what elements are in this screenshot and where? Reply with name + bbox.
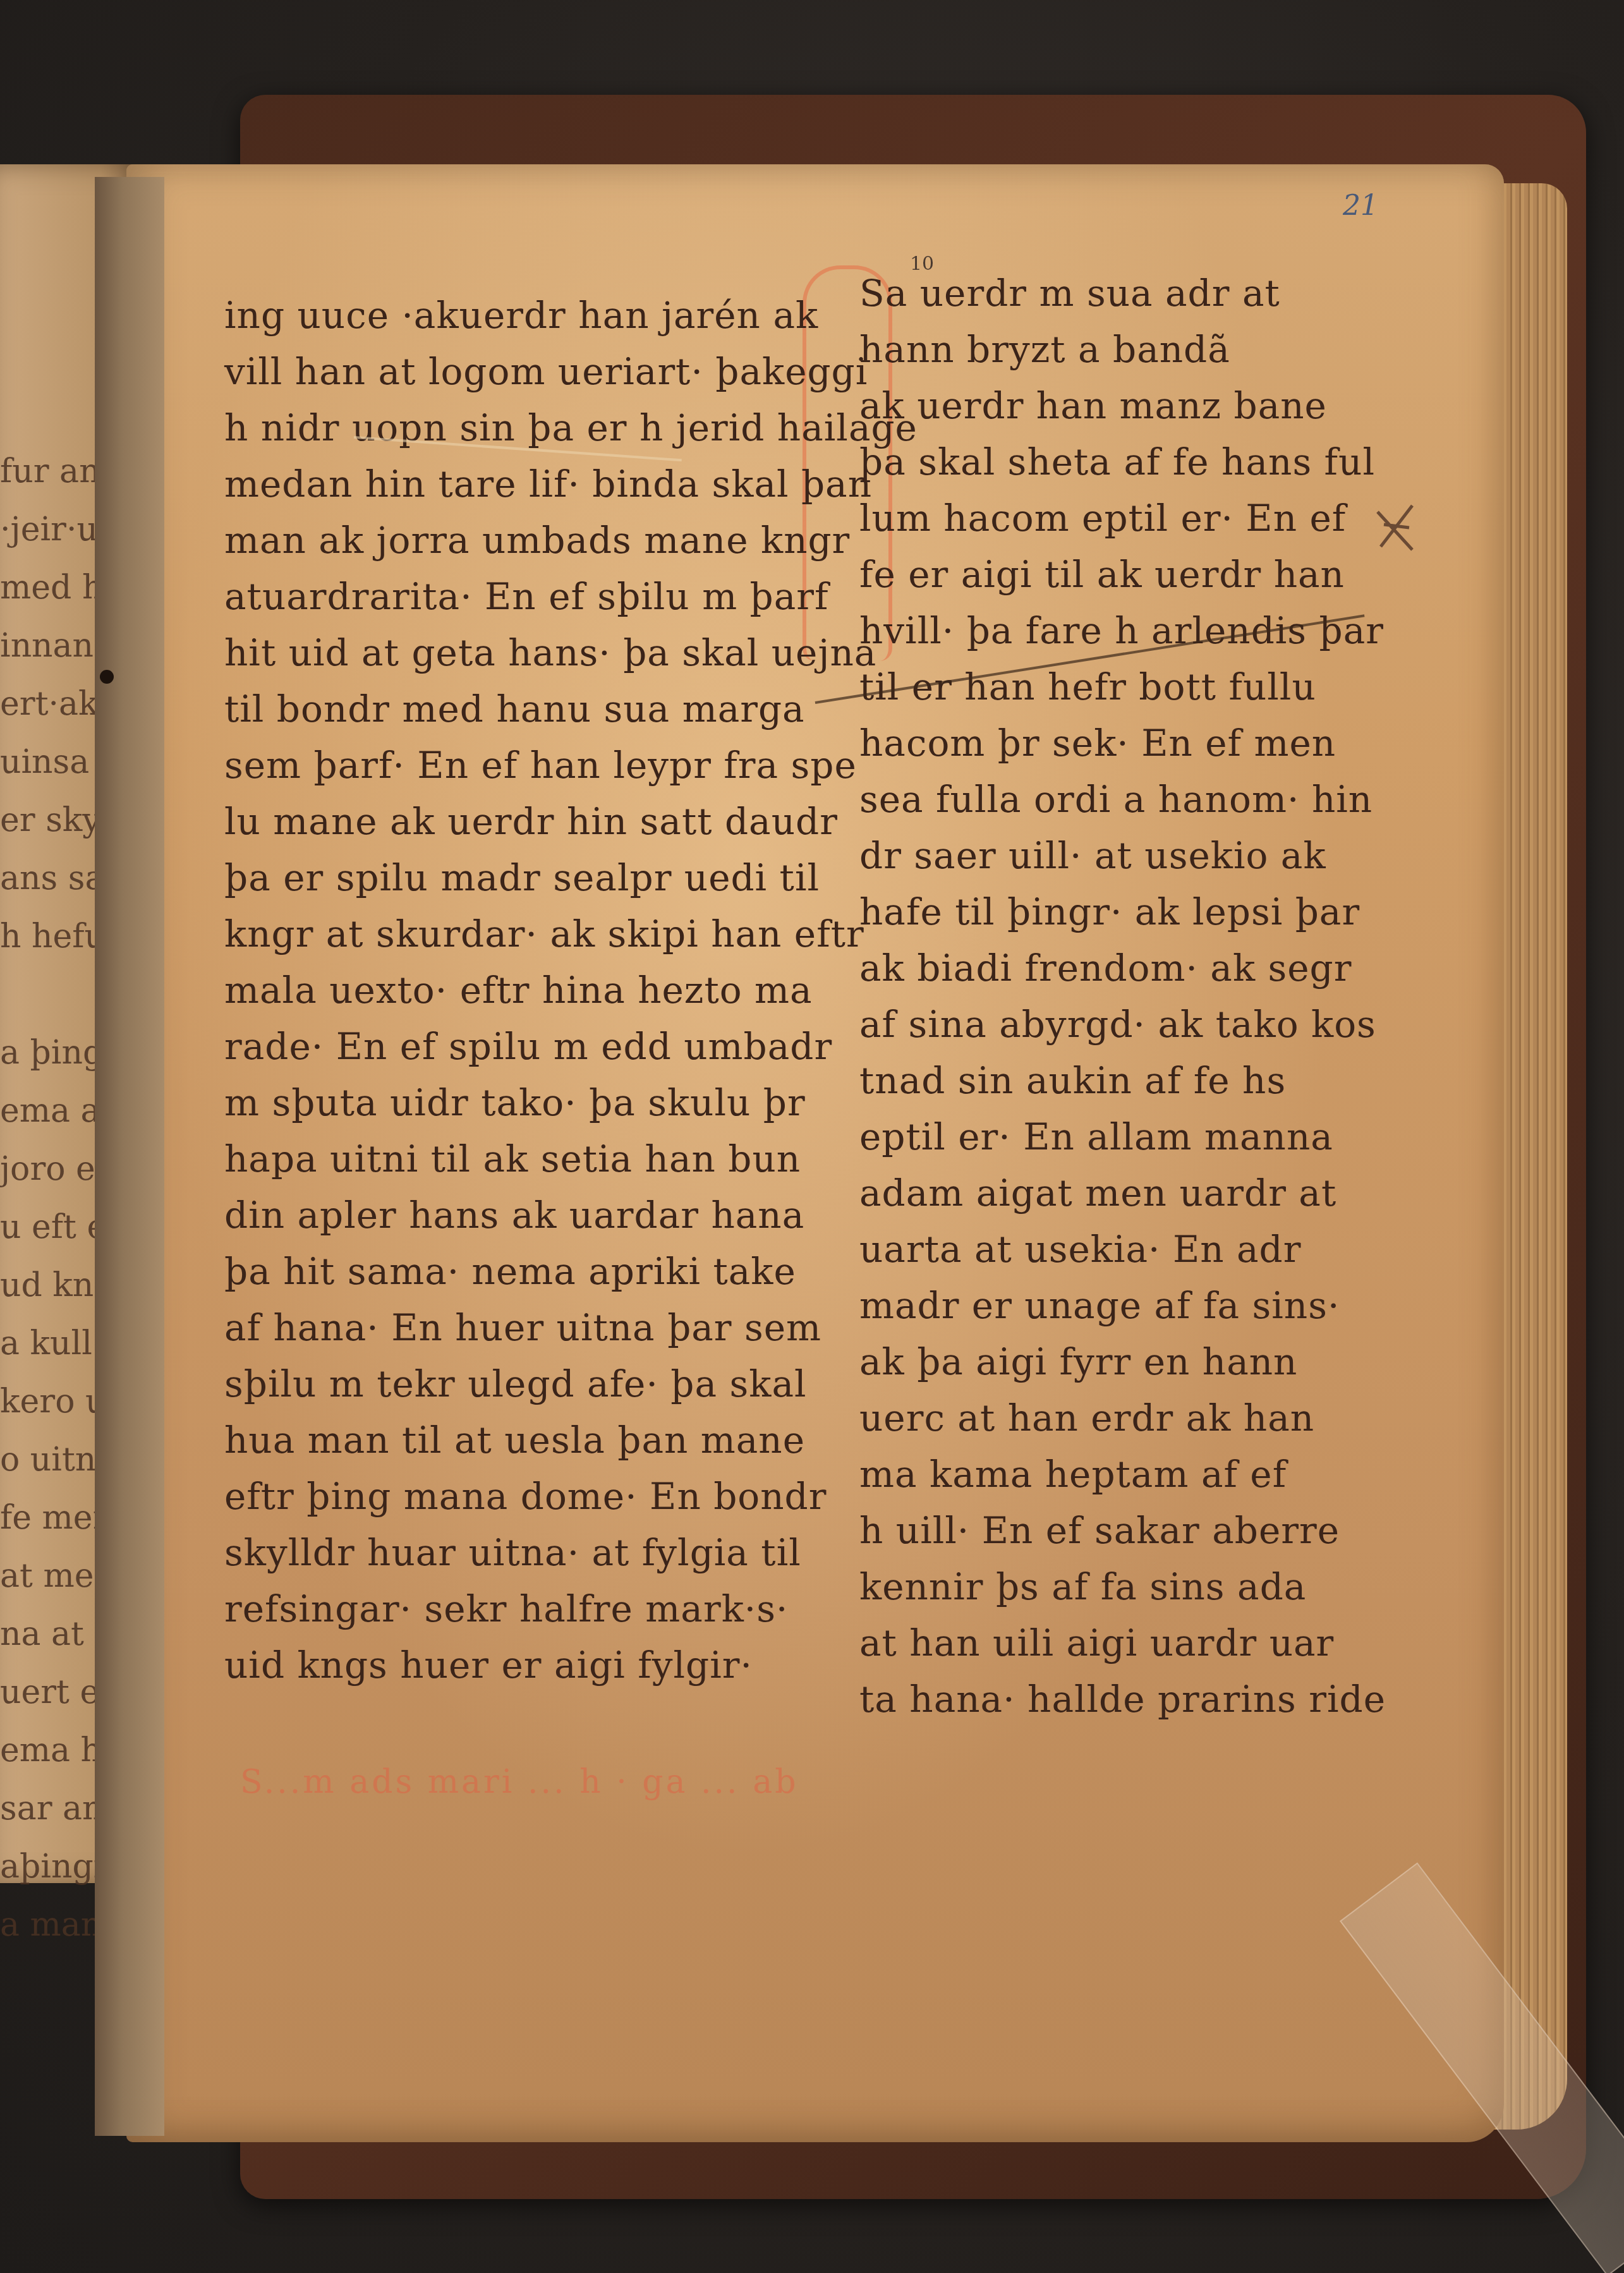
manuscript-line: din apler hans ak uardar hana xyxy=(224,1187,806,1244)
stitch-repair-icon xyxy=(1374,499,1419,556)
text-column-right: Sa uerdr m sua adr athann bryzt a bandãa… xyxy=(859,265,1327,1728)
manuscript-line: medan hin tare lif· binda skal þan xyxy=(224,456,806,512)
manuscript-line: kngr at skurdar· ak skipi han eftr xyxy=(224,906,806,962)
manuscript-line: rade· En ef spilu m edd umbadr xyxy=(224,1019,806,1075)
manuscript-line: sem þarf· En ef han leypr fra spe xyxy=(224,737,806,794)
manuscript-line: uid kngs huer er aigi fylgir· xyxy=(224,1637,806,1694)
manuscript-line: þa er spilu madr sealpr uedi til xyxy=(224,850,806,906)
manuscript-line: hacom þr sek· En ef men xyxy=(859,715,1327,772)
book-gutter xyxy=(95,177,164,2136)
manuscript-line: ak biadi frendom· ak segr xyxy=(859,940,1327,997)
manuscript-line: eptil er· En allam manna xyxy=(859,1109,1327,1165)
rubric-heading: S...m ads mari ... h · ga ... ab xyxy=(240,1763,798,1801)
manuscript-line: uarta at usekia· En adr xyxy=(859,1221,1327,1278)
manuscript-line: af hana· En huer uitna þar sem xyxy=(224,1300,806,1356)
manuscript-line: vill han at logom ueriart· þakeggi xyxy=(224,344,806,400)
manuscript-line: lum hacom eptil er· En ef xyxy=(859,490,1327,547)
manuscript-line: til bondr med hanu sua marga xyxy=(224,681,806,737)
manuscript-line: hit uid at geta hans· þa skal uejna xyxy=(224,625,806,681)
text-column-left: ing uuce ·akuerdr han jarén akvill han a… xyxy=(224,288,806,1694)
manuscript-line: at han uili aigi uardr uar xyxy=(859,1615,1327,1671)
manuscript-line: Sa uerdr m sua adr at xyxy=(859,265,1327,322)
folio-number: 21 xyxy=(1343,190,1378,222)
manuscript-line: refsingar· sekr halfre mark·s· xyxy=(224,1581,806,1637)
manuscript-line: þa hit sama· nema apriki take xyxy=(224,1244,806,1300)
manuscript-line: h uill· En ef sakar aberre xyxy=(859,1503,1327,1559)
manuscript-line: hapa uitni til ak setia han bun xyxy=(224,1131,806,1187)
manuscript-line: hua man til at uesla þan mane xyxy=(224,1412,806,1469)
manuscript-line: hafe til þingr· ak lepsi þar xyxy=(859,884,1327,940)
manuscript-line: mala uexto· eftr hina hezto ma xyxy=(224,962,806,1019)
manuscript-line: sþilu m tekr ulegd afe· þa skal xyxy=(224,1356,806,1412)
manuscript-line: adam aigat men uardr at xyxy=(859,1165,1327,1221)
manuscript-line: dr saer uill· at usekio ak xyxy=(859,828,1327,884)
manuscript-line: ak uerdr han manz bane xyxy=(859,378,1327,434)
manuscript-line: til er han hefr bott fullu xyxy=(859,659,1327,715)
manuscript-line: lu mane ak uerdr hin satt daudr xyxy=(224,794,806,850)
manuscript-line: hann bryzt a bandã xyxy=(859,322,1327,378)
manuscript-line: madr er unage af fa sins· xyxy=(859,1278,1327,1334)
manuscript-line: m sþuta uidr tako· þa skulu þr xyxy=(224,1075,806,1131)
manuscript-line: kennir þs af fa sins ada xyxy=(859,1559,1327,1615)
manuscript-line: sea fulla ordi a hanom· hin xyxy=(859,772,1327,828)
manuscript-line: eftr þing mana dome· En bondr xyxy=(224,1469,806,1525)
manuscript-line: man ak jorra umbads mane kngr xyxy=(224,512,806,569)
manuscript-line: uerc at han erdr ak han xyxy=(859,1390,1327,1446)
manuscript-line: ma kama heptam af ef xyxy=(859,1446,1327,1503)
manuscript-line: tnad sin aukin af fe hs xyxy=(859,1053,1327,1109)
manuscript-line: atuardrarita· En ef sþilu m þarf xyxy=(224,569,806,625)
manuscript-line: ak þa aigi fyrr en hann xyxy=(859,1334,1327,1390)
parchment-hole xyxy=(100,670,114,684)
manuscript-line: af sina abyrgd· ak tako kos xyxy=(859,997,1327,1053)
manuscript-line: skylldr huar uitna· at fylgia til xyxy=(224,1525,806,1581)
manuscript-line: ta hana· hallde prarins ride xyxy=(859,1671,1327,1728)
manuscript-line: þa skal sheta af fe hans ful xyxy=(859,434,1327,490)
manuscript-line: fe er aigi til ak uerdr han xyxy=(859,547,1327,603)
manuscript-line: ing uuce ·akuerdr han jarén ak xyxy=(224,288,806,344)
